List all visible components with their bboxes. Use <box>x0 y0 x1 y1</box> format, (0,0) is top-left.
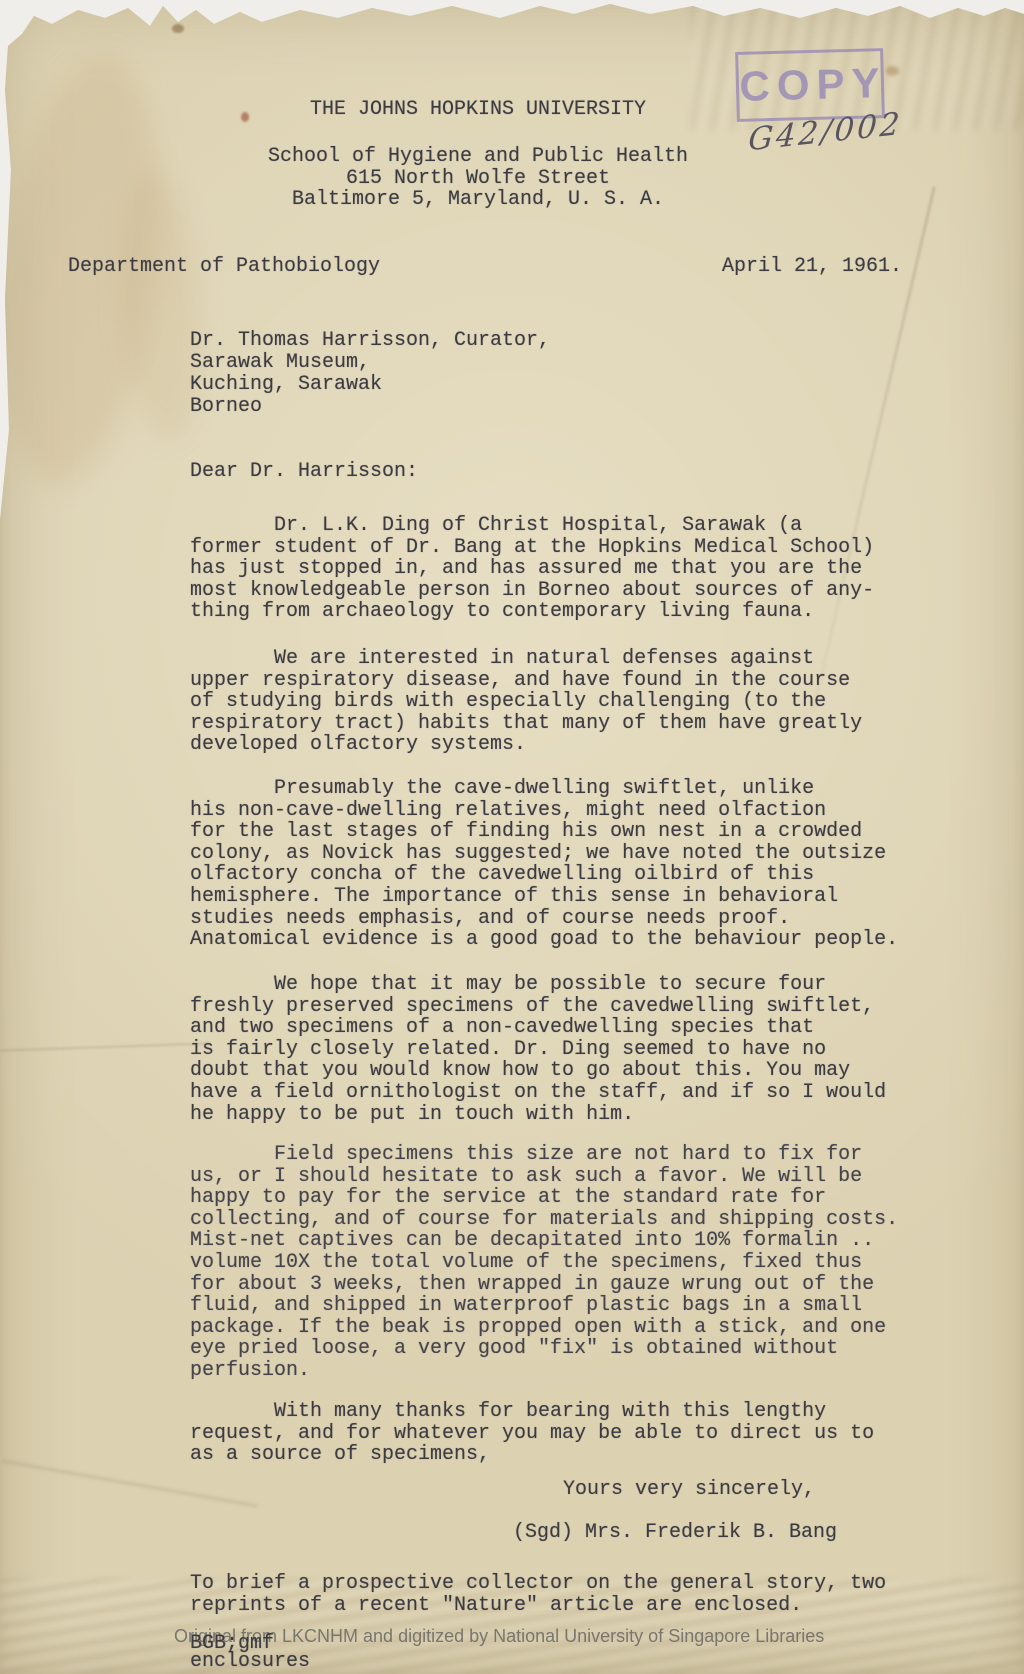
paragraph: We hope that it may be possible to secur… <box>190 974 886 1125</box>
paragraph: With many thanks for bearing with this l… <box>190 1401 874 1466</box>
letterhead-school: School of Hygiene and Public Health <box>268 145 688 168</box>
letter-paper: COPY G42/002 THE JOHNS HOPKINS UNIVERSIT… <box>0 0 1024 1674</box>
enclosures-note: enclosures <box>190 1651 310 1673</box>
copy-stamp-label: COPY <box>739 59 887 111</box>
paragraph: Field specimens this size are not hard t… <box>190 1144 898 1382</box>
salutation: Dear Dr. Harrisson: <box>190 461 418 483</box>
paper-crease <box>2 1459 259 1507</box>
postscript: To brief a prospective collector on the … <box>190 1573 886 1617</box>
letterhead-address: School of Hygiene and Public Health 615 … <box>0 146 956 211</box>
paragraph: We are interested in natural defenses ag… <box>190 648 862 756</box>
paper-stain <box>886 66 899 76</box>
valediction: Yours very sincerely, <box>563 1479 815 1501</box>
paragraph: Dr. L.K. Ding of Christ Hospital, Sarawa… <box>190 515 874 623</box>
letter-date: April 21, 1961. <box>722 256 902 278</box>
signature-line: (Sgd) Mrs. Frederik B. Bang <box>513 1522 837 1544</box>
letterhead-street: 615 North Wolfe Street <box>346 167 610 190</box>
letterhead-city: Baltimore 5, Maryland, U. S. A. <box>292 188 664 211</box>
paper-crease <box>0 1042 210 1051</box>
recipient-address: Dr. Thomas Harrisson, Curator, Sarawak M… <box>190 330 550 418</box>
paper-stain <box>172 24 184 33</box>
paragraph: Presumably the cave-dwelling swiftlet, u… <box>190 778 898 951</box>
department-name: Department of Pathobiology <box>68 256 380 278</box>
